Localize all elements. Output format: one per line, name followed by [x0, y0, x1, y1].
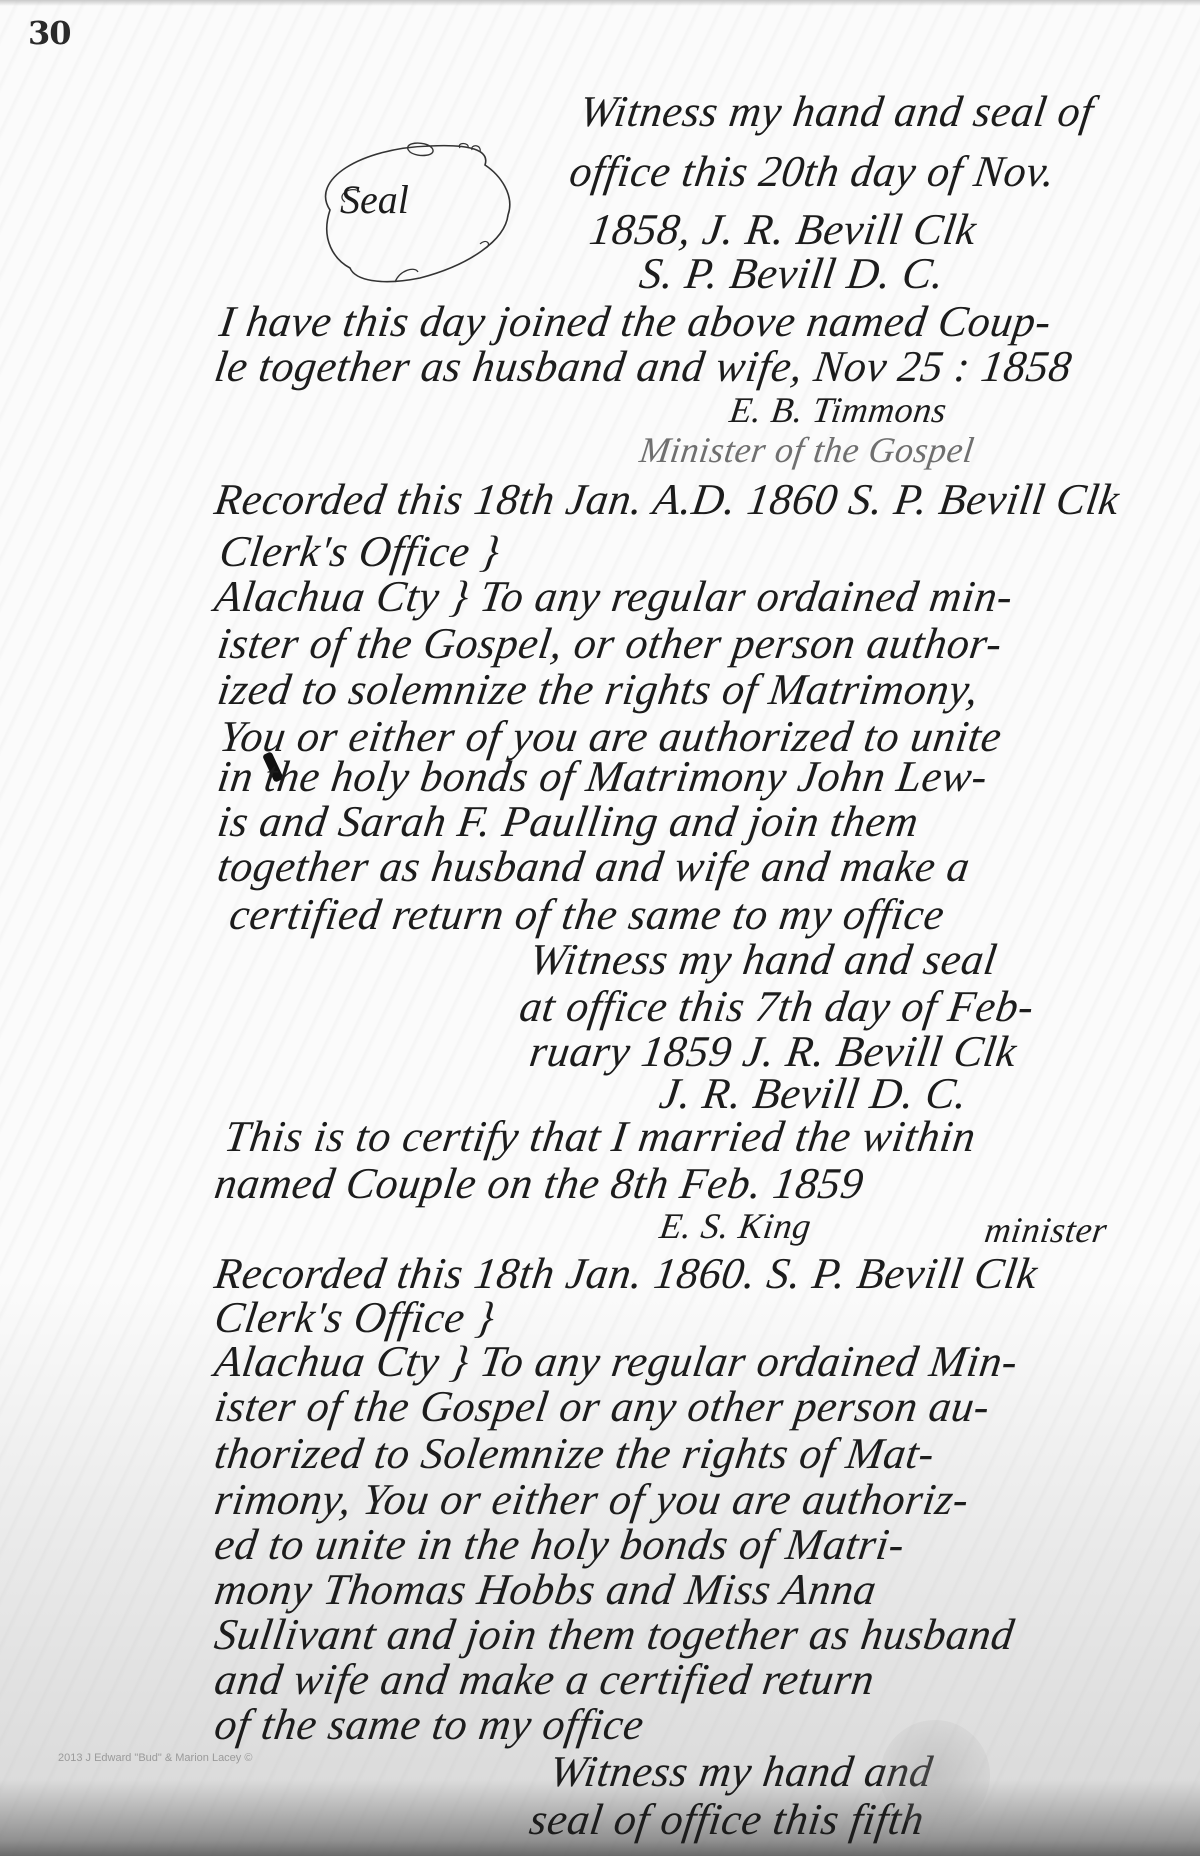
license-3-line-7: mony Thomas Hobbs and Miss Anna [212, 1568, 879, 1612]
recorded-2-line: Recorded this 18th Jan. 1860. S. P. Bevi… [212, 1252, 1040, 1296]
seal-label: Seal [340, 176, 409, 223]
witness-line-4: S. P. Bevill D. C. [637, 252, 947, 296]
scanned-document-page: 30 Seal Witness my hand and seal of offi… [0, 0, 1200, 1856]
return-2-line-2: named Couple on the 8th Feb. 1859 [212, 1162, 866, 1206]
license-2-closing-3: ruary 1859 J. R. Bevill Clk [527, 1030, 1020, 1074]
license-3-line-5: rimony, You or either of you are authori… [212, 1478, 972, 1522]
license-2-line-1: Clerk's Office } [217, 530, 503, 574]
license-2-closing-1: Witness my hand and seal [527, 938, 1000, 982]
witness-line-3: 1858, J. R. Bevill Clk [587, 208, 979, 252]
license-3-line-1: Clerk's Office } [212, 1296, 498, 1340]
page-top-edge [0, 0, 1200, 6]
return-2-title: minister [982, 1212, 1109, 1248]
license-2-line-4: ized to solemnize the rights of Matrimon… [215, 668, 982, 712]
return-1-title: Minister of the Gospel [637, 432, 976, 468]
water-stain [880, 1720, 990, 1830]
witness-line-2: office this 20th day of Nov. [567, 150, 1058, 194]
license-2-line-2: Alachua Cty } To any regular ordained mi… [212, 575, 1016, 619]
return-2-signature: E. S. King [657, 1208, 813, 1244]
license-3-line-4: thorized to Solemnize the rights of Mat- [212, 1432, 937, 1476]
return-1-signature: E. B. Timmons [727, 392, 949, 428]
license-2-closing-4: J. R. Bevill D. C. [657, 1072, 970, 1116]
license-3-line-3: ister of the Gospel or any other person … [212, 1385, 992, 1429]
return-1-line-2: le together as husband and wife, Nov 25 … [212, 345, 1075, 389]
license-3-line-2: Alachua Cty } To any regular ordained Mi… [212, 1340, 1021, 1384]
return-2-line-1: This is to certify that I married the wi… [222, 1115, 979, 1159]
page-number: 30 [28, 14, 71, 52]
license-2-line-9: certified return of the same to my offic… [227, 893, 947, 937]
recorded-1-line: Recorded this 18th Jan. A.D. 1860 S. P. … [212, 478, 1122, 522]
license-3-line-10: of the same to my office [212, 1703, 647, 1747]
license-3-closing-2: seal of office this fifth [527, 1798, 927, 1842]
copyright-watermark: 2013 J Edward "Bud" & Marion Lacey © [58, 1752, 252, 1764]
return-1-line-1: I have this day joined the above named C… [217, 300, 1054, 344]
license-3-line-8: Sullivant and join them together as husb… [212, 1613, 1017, 1657]
license-2-closing-2: at office this 7th day of Feb- [517, 985, 1037, 1029]
seal-scroll-icon [300, 140, 530, 290]
license-2-line-7: is and Sarah F. Paulling and join them [215, 800, 921, 844]
license-3-line-9: and wife and make a certified return [212, 1658, 877, 1702]
license-2-line-3: ister of the Gospel, or other person aut… [215, 622, 1005, 666]
license-3-line-6: ed to unite in the holy bonds of Matri- [212, 1523, 907, 1567]
license-2-line-8: together as husband and wife and make a [215, 845, 973, 889]
witness-line-1: Witness my hand and seal of [577, 90, 1097, 134]
license-2-line-6: in the holy bonds of Matrimony John Lew- [215, 755, 990, 799]
license-3-closing-1: Witness my hand and [547, 1750, 935, 1794]
